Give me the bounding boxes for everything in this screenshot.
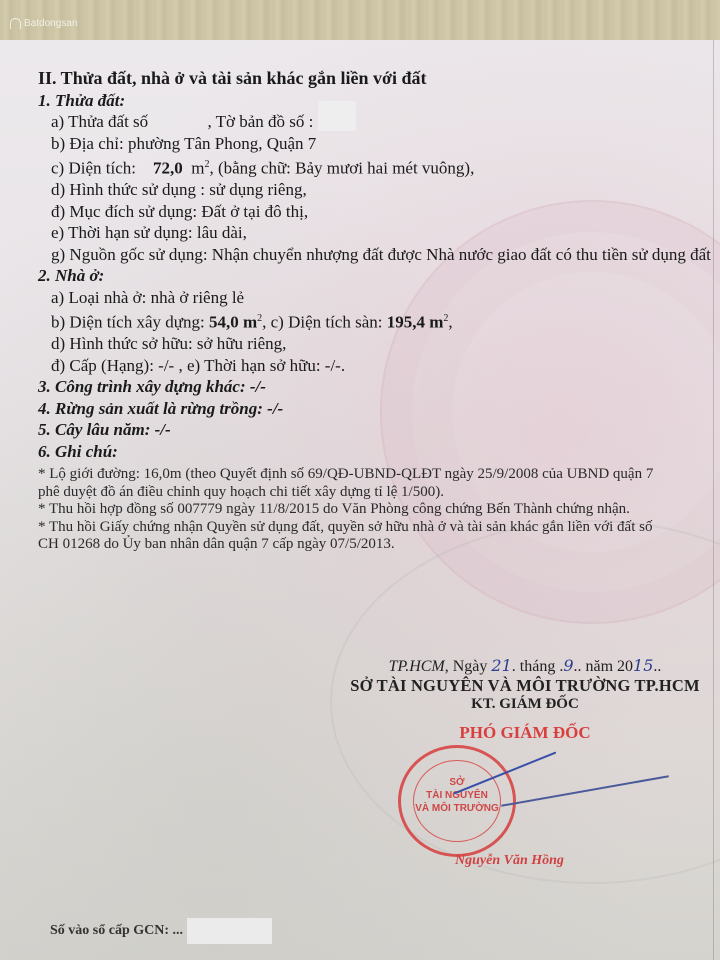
- land-origin: g) Nguồn gốc sử dụng: Nhận chuyển nhượng…: [38, 244, 718, 266]
- land-address: b) Địa chỉ: phường Tân Phong, Quận 7: [38, 133, 718, 155]
- label: , Ngày: [445, 658, 488, 675]
- note-line: * Lộ giới đường: 16,0m (theo Quyết định …: [38, 466, 718, 484]
- land-use-purpose: đ) Mục đích sử dụng: Đất ở tại đô thị,: [38, 201, 718, 223]
- land-parcel-number: a) Thửa đất số , Tờ bản đồ số :: [38, 111, 718, 133]
- watermark: Batdongsan: [10, 18, 77, 29]
- issuing-organization: SỞ TÀI NGUYÊN VÀ MÔI TRƯỜNG TP.HCM: [330, 676, 720, 696]
- label: c) Diện tích:: [51, 159, 136, 178]
- day: 21: [491, 656, 511, 675]
- planted-forest: 4. Rừng sản xuất là rừng trồng: -/-: [38, 398, 718, 420]
- label: .. năm 20: [574, 658, 634, 675]
- perennial-trees: 5. Cây lâu năm: -/-: [38, 419, 718, 441]
- land-area: c) Diện tích: 72,0 m2, (bằng chữ: Bảy mư…: [38, 154, 718, 179]
- signer-name: Nguyễn Văn Hồng: [455, 853, 564, 869]
- redacted-field: [187, 918, 272, 944]
- note-line: * Thu hồi Giấy chứng nhận Quyền sử dụng …: [38, 519, 718, 537]
- year: 15: [633, 656, 653, 675]
- watermark-text: Batdongsan: [24, 18, 77, 29]
- notes-heading: 6. Ghi chú:: [38, 441, 718, 463]
- house-type: a) Loại nhà ở: nhà ở riêng lẻ: [38, 287, 718, 309]
- area-in-words: , (bằng chữ: Bảy mươi hai mét vuông),: [209, 159, 474, 178]
- house-logo-icon: [10, 18, 21, 29]
- land-area-value: 72,0: [153, 159, 183, 178]
- label: , Tờ bản đồ số :: [207, 112, 313, 131]
- construction-area-value: 54,0 m: [209, 313, 257, 332]
- house-ownership: d) Hình thức sở hữu: sở hữu riêng,: [38, 333, 718, 355]
- wood-background: [0, 0, 720, 45]
- house-area: b) Diện tích xây dựng: 54,0 m2, c) Diện …: [38, 308, 718, 333]
- land-heading: 1. Thửa đất:: [38, 90, 718, 112]
- seal-text: SỞ TÀI NGUYÊN VÀ MÔI TRƯỜNG: [401, 776, 513, 815]
- issue-date: TP.HCM, Ngày 21. tháng .9.. năm 2015..: [330, 656, 720, 676]
- signature-block: TP.HCM, Ngày 21. tháng .9.. năm 2015.. S…: [330, 656, 720, 743]
- house-heading: 2. Nhà ở:: [38, 265, 718, 287]
- redacted-field: [152, 115, 207, 131]
- signer-authority: KT. GIÁM ĐỐC: [330, 696, 720, 713]
- official-seal-icon: SỞ TÀI NGUYÊN VÀ MÔI TRƯỜNG: [398, 745, 516, 857]
- label: a) Thửa đất số: [51, 112, 148, 131]
- unit: m: [191, 159, 204, 178]
- note-line: * Thu hồi hợp đồng số 007779 ngày 11/8/2…: [38, 501, 718, 519]
- label: , c) Diện tích sàn:: [262, 313, 382, 332]
- floor-area-value: 195,4 m: [387, 313, 444, 332]
- note-line: phê duyệt đồ án điều chỉnh quy hoạch chi…: [38, 484, 718, 502]
- house-grade: đ) Cấp (Hạng): -/- , e) Thời hạn sở hữu:…: [38, 355, 718, 377]
- land-use-term: e) Thời hạn sử dụng: lâu dài,: [38, 222, 718, 244]
- other-construction: 3. Công trình xây dựng khác: -/-: [38, 376, 718, 398]
- place: TP.HCM: [389, 658, 445, 675]
- land-use-form: d) Hình thức sử dụng : sử dụng riêng,: [38, 179, 718, 201]
- seal-line: VÀ MÔI TRƯỜNG: [401, 802, 513, 815]
- certificate-content: II. Thửa đất, nhà ở và tài sản khác gắn …: [38, 68, 718, 554]
- label: b) Diện tích xây dựng:: [51, 313, 205, 332]
- redacted-field: [318, 101, 356, 131]
- label: . tháng .: [512, 658, 564, 675]
- footer-label: Số vào sổ cấp GCN: ...: [50, 923, 183, 938]
- registry-number: Số vào sổ cấp GCN: ...: [50, 918, 272, 944]
- signer-title: PHÓ GIÁM ĐỐC: [330, 723, 720, 743]
- note-line: CH 01268 do Ủy ban nhân dân quận 7 cấp n…: [38, 536, 718, 554]
- section-title: II. Thửa đất, nhà ở và tài sản khác gắn …: [38, 68, 718, 90]
- month: 9: [563, 656, 573, 675]
- seal-line: SỞ: [401, 776, 513, 789]
